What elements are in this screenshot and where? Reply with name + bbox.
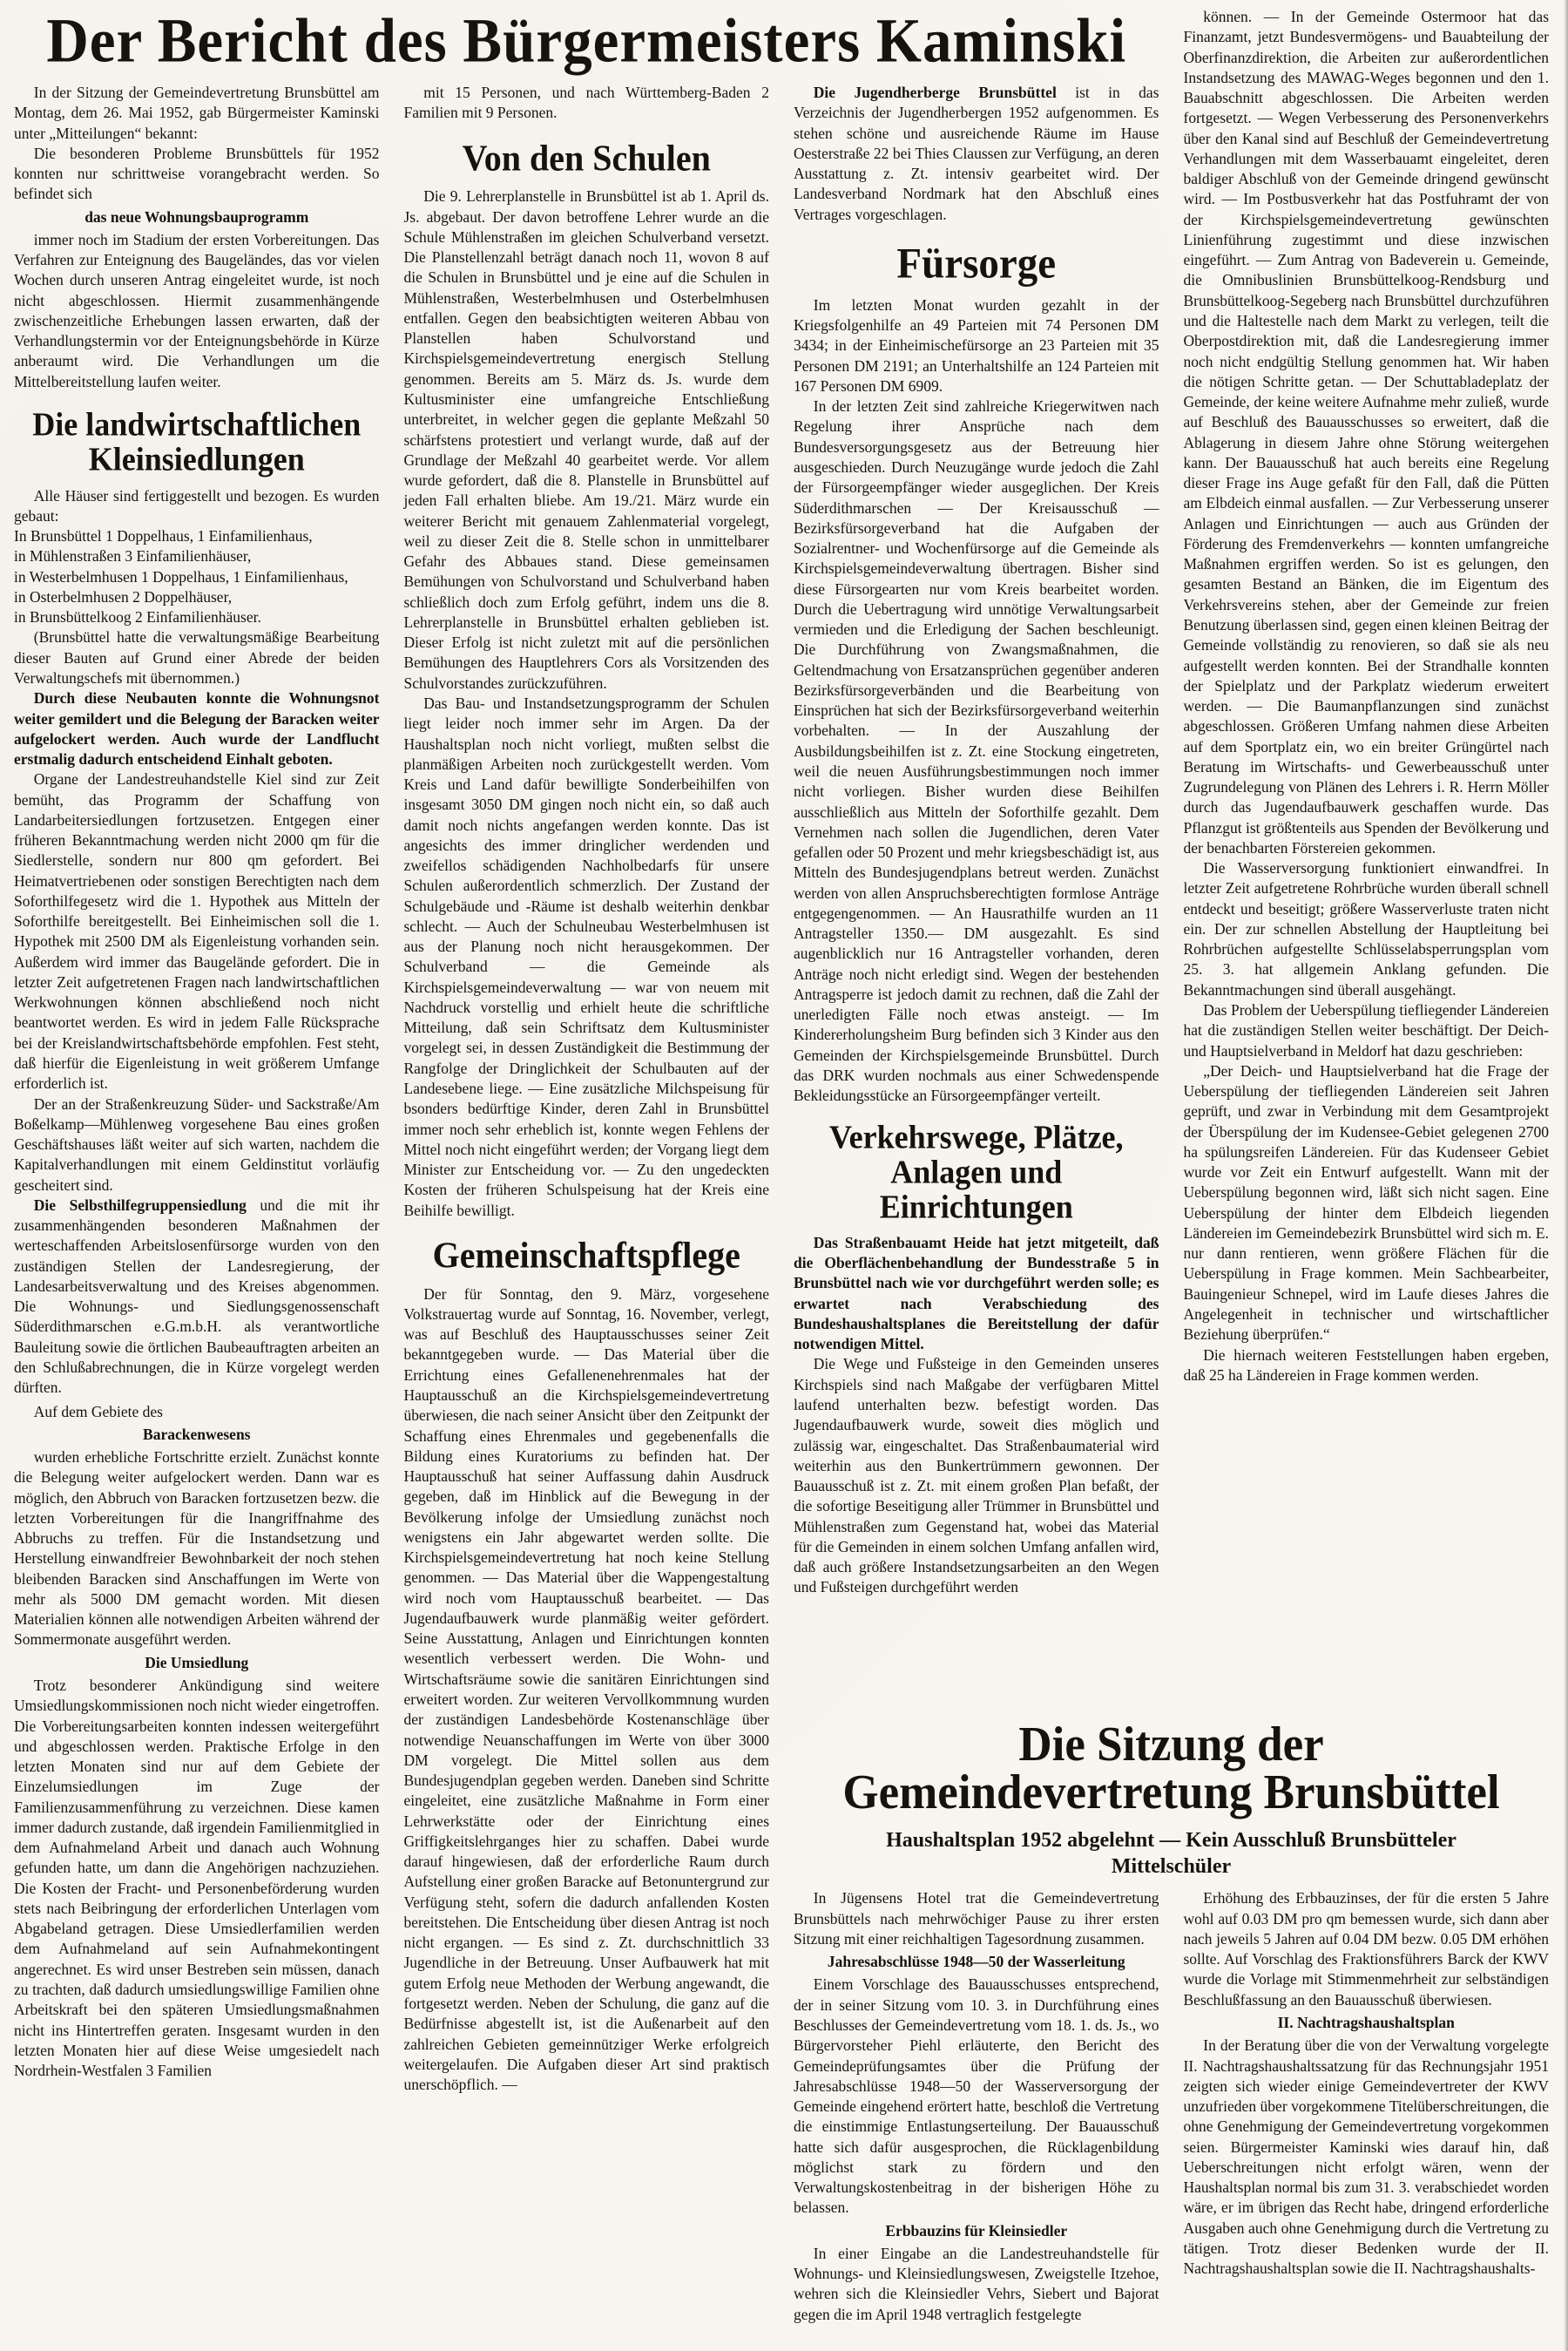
article2-headline-line2: Gemeindevertretung Brunsbüttel — [794, 1768, 1549, 1819]
section-heading: Von den Schulen — [404, 140, 770, 178]
paragraph: Auf dem Gebiete des — [14, 1402, 380, 1422]
paragraph: Die besonderen Probleme Brunsbüttels für… — [14, 144, 380, 205]
paragraph: können. — In der Gemeinde Ostermoor hat … — [1184, 7, 1550, 858]
paragraph: Trotz besonderer Ankündigung sind weiter… — [14, 1676, 380, 2081]
column-4-bottom: Erhöhung des Erbbauzinses, der für die e… — [1184, 1888, 1550, 2325]
bold-lead: Die Selbsthilfegruppensiedlung — [34, 1196, 260, 1214]
paragraph: mit 15 Personen, und nach Württemberg-Ba… — [404, 83, 770, 124]
paragraph: Das Problem der Ueberspülung tiefliegend… — [1184, 1000, 1550, 1061]
paragraph: „Der Deich- und Hauptsielverband hat die… — [1184, 1061, 1550, 1345]
paragraph: (Brunsbüttel hatte die verwaltungsmäßige… — [14, 627, 380, 688]
paragraph: Erhöhung des Erbbauzinses, der für die e… — [1184, 1888, 1550, 2010]
paragraph: Alle Häuser sind fertiggestellt und bezo… — [14, 486, 380, 527]
paragraph: in Mühlenstraßen 3 Einfamilienhäuser, — [14, 546, 380, 566]
scan-edge-artifact — [1564, 0, 1568, 2351]
paragraph: Die 9. Lehrerplanstelle in Brunsbüttel i… — [404, 186, 770, 694]
sub-heading: das neue Wohnungsbauprogramm — [14, 207, 380, 227]
article2-headline-line1: Die Sitzung der — [794, 1720, 1549, 1771]
article1-masthead: Der Bericht des Bürgermeisters Kaminski — [14, 7, 1159, 83]
sub-heading: Jahresabschlüsse 1948—50 der Wasserleitu… — [794, 1952, 1159, 1972]
paragraph: In Jügensens Hotel trat die Gemeindevert… — [794, 1888, 1159, 1949]
sub-heading: Erbbauzins für Kleinsiedler — [794, 2221, 1159, 2241]
paragraph: Der an der Straßenkreuzung Süder- und Sa… — [14, 1094, 380, 1196]
sub-heading: Die Umsiedlung — [14, 1653, 380, 1673]
paragraph: in Osterbelmhusen 2 Doppelhäuser, — [14, 587, 380, 607]
article2-headline-block: Die Sitzung der Gemeindevertretung Bruns… — [794, 1698, 1549, 1888]
column-1: In der Sitzung der Gemeindevertretung Br… — [14, 83, 380, 2325]
paragraph: Die hiernach weiteren Feststellungen hab… — [1184, 1345, 1550, 1386]
paragraph: In der Sitzung der Gemeindevertretung Br… — [14, 83, 380, 144]
paragraph: in Westerbelmhusen 1 Doppelhaus, 1 Einfa… — [14, 567, 380, 587]
sub-heading: Barackenwesens — [14, 1425, 380, 1445]
newspaper-page: Der Bericht des Bürgermeisters Kaminski … — [0, 0, 1568, 2351]
article1-headline: Der Bericht des Bürgermeisters Kaminski — [14, 10, 1159, 72]
paragraph: Die Wasserversorgung funktioniert einwan… — [1184, 858, 1550, 1000]
paragraph: Der für Sonntag, den 9. März, vorgesehen… — [404, 1284, 770, 2096]
paragraph: In Brunsbüttel 1 Doppelhaus, 1 Einfamili… — [14, 526, 380, 546]
bold-lead: Die Jugendherberge Brunsbüttel — [814, 84, 1075, 101]
paragraph: Das Bau- und Instandsetzungsprogramm der… — [404, 694, 770, 1221]
paragraph: immer noch im Stadium der ersten Vorbere… — [14, 230, 380, 392]
column-3-top: Die Jugendherberge Brunsbüttel ist in da… — [794, 83, 1159, 1698]
sub-heading: II. Nachtragshaushaltsplan — [1184, 2013, 1550, 2033]
column-2: mit 15 Personen, und nach Württemberg-Ba… — [404, 83, 770, 2325]
paragraph: in Brunsbüttelkoog 2 Einfamilienhäuser. — [14, 607, 380, 627]
paragraph: Die Wege und Fußsteige in den Gemeinden … — [794, 1354, 1159, 1597]
paragraph: Die Selbsthilfegruppensiedlung und die m… — [14, 1196, 380, 1399]
paragraph: wurden erhebliche Fortschritte erzielt. … — [14, 1447, 380, 1650]
section-heading: Gemeinschaftspflege — [404, 1237, 770, 1275]
paragraph: Durch diese Neubauten konnte die Wohnung… — [14, 688, 380, 769]
column-4-top: können. — In der Gemeinde Ostermoor hat … — [1184, 7, 1550, 1698]
paragraph: Organe der Landestreuhandstelle Kiel sin… — [14, 769, 380, 1094]
paragraph: Einem Vorschlage des Bauausschusses ents… — [794, 1975, 1159, 2218]
paragraph: Die Jugendherberge Brunsbüttel ist in da… — [794, 83, 1159, 225]
paragraph: In der Beratung über die von der Verwalt… — [1184, 2036, 1550, 2279]
section-heading: Fürsorge — [794, 243, 1159, 286]
section-heading: Die landwirtschaftlichen Kleinsiedlungen — [14, 408, 380, 477]
article2-subhead: Haushaltsplan 1952 abgelehnt — Kein Auss… — [867, 1827, 1477, 1880]
column-3-bottom: In Jügensens Hotel trat die Gemeindevert… — [794, 1888, 1159, 2325]
paragraph: In einer Eingabe an die Landestreuhandst… — [794, 2244, 1159, 2325]
paragraph: In der letzten Zeit sind zahlreiche Krie… — [794, 396, 1159, 1106]
section-heading: Verkehrswege, Plätze, Anlagen und Einric… — [794, 1121, 1159, 1225]
paragraph: Das Straßenbauamt Heide hat jetzt mitget… — [794, 1233, 1159, 1355]
paragraph: Im letzten Monat wurden gezahlt in der K… — [794, 295, 1159, 396]
